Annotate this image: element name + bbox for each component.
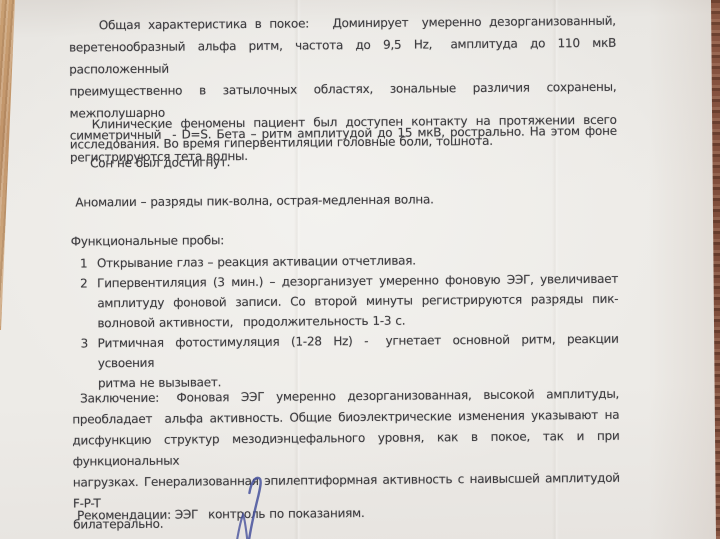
heading-functional-tests: Функциональные пробы: [71, 227, 618, 252]
text-line: Ритмичная фотостимуляция (1-28 Hz) - угн… [98, 329, 619, 374]
text-line: дисфункцию структур мезодиэнцефального у… [72, 426, 619, 473]
text-line: веретенообразный альфа ритм, частота до … [69, 32, 616, 81]
text-line: Сон не был достигнут. [70, 149, 617, 174]
text-line: Аномалии – разряды пик-волна, острая-мед… [70, 188, 617, 213]
paper-sheet: Общая характеристика в покое: Доминирует… [0, 0, 720, 539]
photographed-document: Общая характеристика в покое: Доминирует… [0, 0, 720, 539]
paragraph-anomalies: Аномалии – разряды пик-волна, острая-мед… [70, 188, 617, 213]
list-item-number: 3 [81, 333, 89, 353]
paragraph-clinical-phenomena: Клинические феномены пациент был доступе… [70, 110, 617, 155]
list-item-number: 2 [80, 273, 88, 293]
functional-tests-list: 1 Открывание глаз – реакция активации от… [71, 249, 619, 394]
paragraph-sleep: Сон не был достигнут. [70, 149, 617, 174]
list-item-text: Гипервентиляция (3 мин.) – дезорганизует… [97, 269, 619, 334]
list-item: 2 Гипервентиляция (3 мин.) – дезорганизу… [71, 269, 619, 334]
list-item-number: 1 [80, 253, 88, 273]
text-line: Функциональные пробы: [71, 227, 618, 252]
